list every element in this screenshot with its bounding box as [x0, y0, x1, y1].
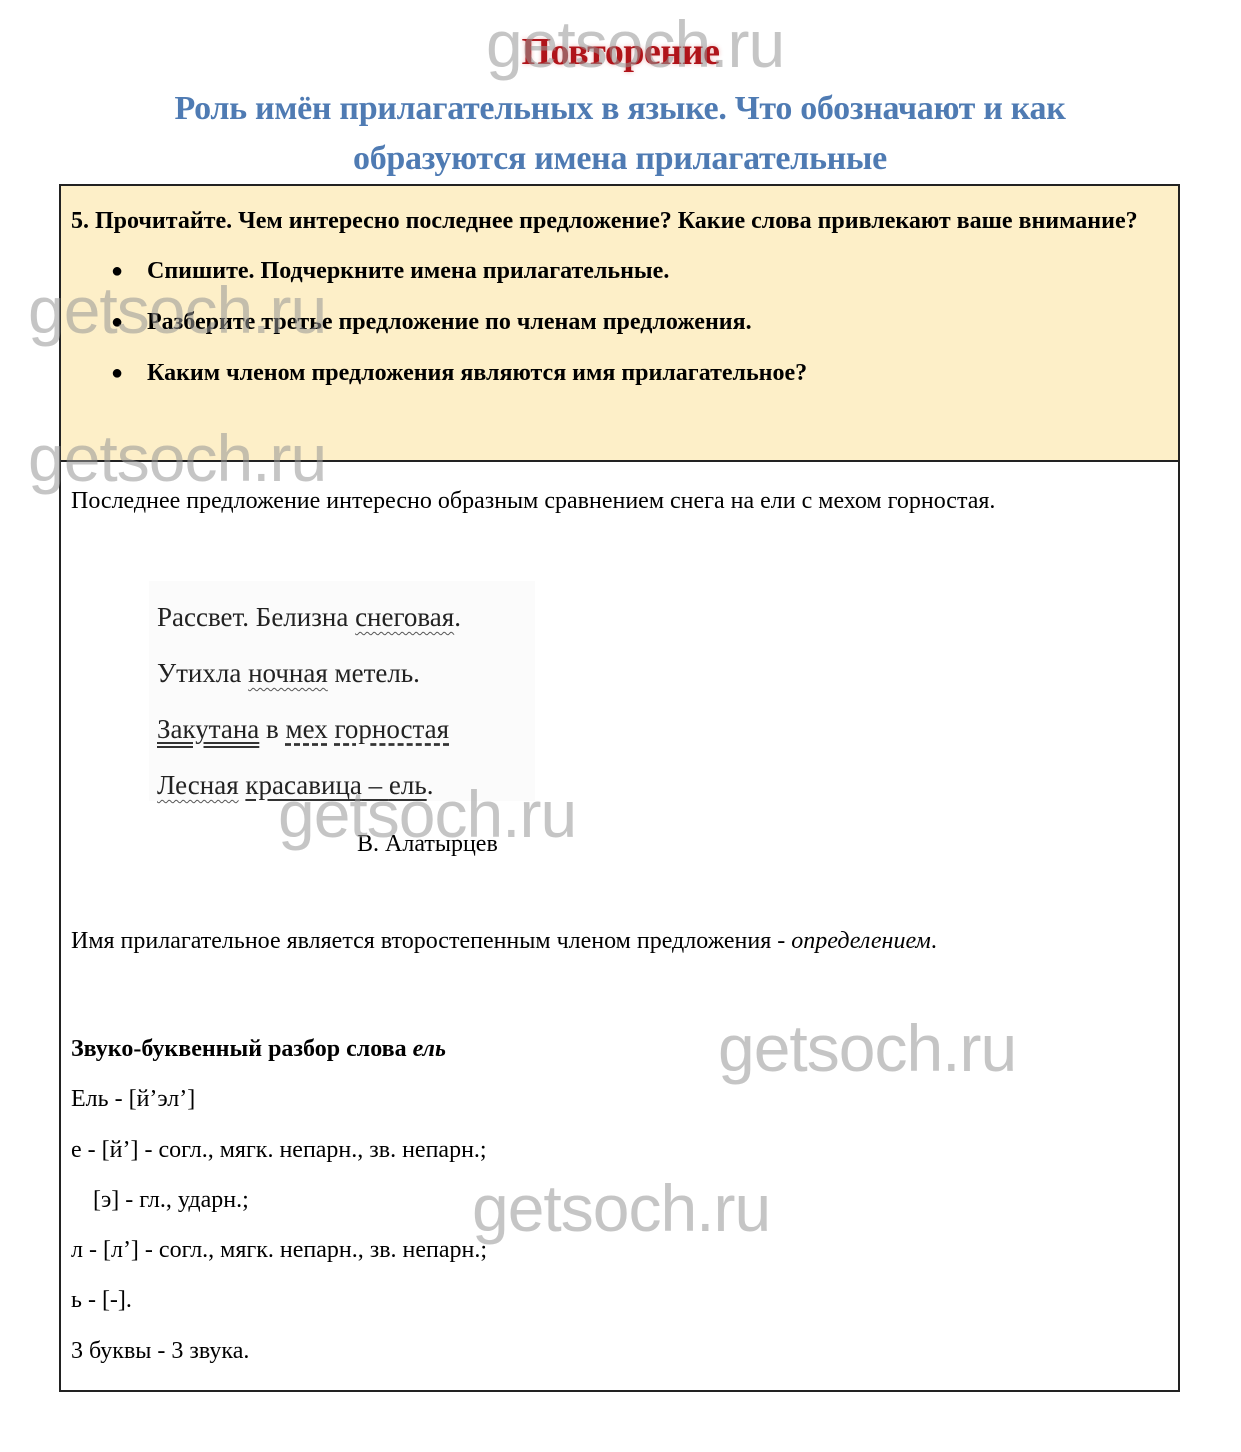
poem-text: . [454, 602, 461, 632]
phonetic-analysis: Звуко-буквенный разбор слова ель Ель - [… [71, 1024, 487, 1376]
poem-text: метель. [328, 658, 420, 688]
task-item-text: Разберите третье предложение по членам п… [147, 309, 752, 335]
poem-predicate: Закутана [157, 714, 259, 744]
adjective-role-end: . [931, 928, 937, 954]
page-subtitle: Роль имён прилагательных в языке. Что об… [100, 84, 1140, 184]
poem-text: в [259, 714, 285, 744]
poem-author: В. Алатырцев [357, 831, 498, 858]
exercise-box: 5. Прочитайте. Чем интересно последнее п… [59, 184, 1180, 1392]
poem-text: Рассвет. Белизна [157, 602, 355, 632]
poem-text: Утихла [157, 658, 248, 688]
bullet-icon: ● [111, 246, 123, 297]
poem-adjective: Лесная [157, 770, 239, 800]
analysis-line: ь - [-]. [71, 1275, 487, 1325]
analysis-line: Ель - [й’эл’] [71, 1074, 487, 1124]
analysis-line: [э] - гл., ударн.; [71, 1175, 487, 1225]
poem-adjective: снеговая [355, 602, 454, 632]
task-panel: 5. Прочитайте. Чем интересно последнее п… [61, 186, 1178, 462]
poem-line: Рассвет. Белизна снеговая. [157, 589, 527, 645]
analysis-heading: Звуко-буквенный разбор слова ель [71, 1024, 487, 1074]
task-item: ●Разберите третье предложение по членам … [111, 297, 1166, 348]
poem-line: Лесная красавица – ель. [157, 757, 527, 813]
poem-object: горностая [335, 714, 450, 744]
analysis-line: 3 буквы - 3 звука. [71, 1326, 487, 1376]
task-item-text: Спишите. Подчеркните имена прилагательны… [147, 258, 669, 284]
poem-object: мех [286, 714, 328, 744]
answer-intro: Последнее предложение интересно образным… [71, 476, 1169, 526]
adjective-role-text: Имя прилагательное является второстепенн… [71, 928, 791, 954]
poem-line: Утихла ночная метель. [157, 645, 527, 701]
poem-image: Рассвет. Белизна снеговая. Утихла ночная… [149, 581, 535, 801]
poem-text [328, 714, 335, 744]
task-item-text: Каким членом предложения являются имя пр… [147, 360, 807, 386]
adjective-role: Имя прилагательное является второстепенн… [71, 928, 937, 955]
poem-subject: красавица [245, 770, 362, 800]
task-question: 5. Прочитайте. Чем интересно последнее п… [71, 196, 1166, 246]
page-title: Повторение [0, 30, 1241, 74]
poem-line: Закутана в мех горностая [157, 701, 527, 757]
poem-text: . [427, 770, 434, 800]
adjective-role-emphasis: определением [791, 928, 931, 954]
poem-adjective: ночная [248, 658, 328, 688]
analysis-line: л - [л’] - согл., мягк. непарн., зв. неп… [71, 1225, 487, 1275]
analysis-line: е - [й’] - согл., мягк. непарн., зв. неп… [71, 1125, 487, 1175]
analysis-heading-text: Звуко-буквенный разбор слова [71, 1036, 413, 1062]
task-item: ●Спишите. Подчеркните имена прилагательн… [111, 246, 1166, 297]
analysis-heading-word: ель [413, 1036, 446, 1062]
task-item: ●Каким членом предложения являются имя п… [111, 348, 1166, 399]
poem-text: – [362, 770, 389, 800]
bullet-icon: ● [111, 348, 123, 399]
bullet-icon: ● [111, 297, 123, 348]
task-list: ●Спишите. Подчеркните имена прилагательн… [71, 246, 1166, 399]
poem-subject: ель [389, 770, 427, 800]
